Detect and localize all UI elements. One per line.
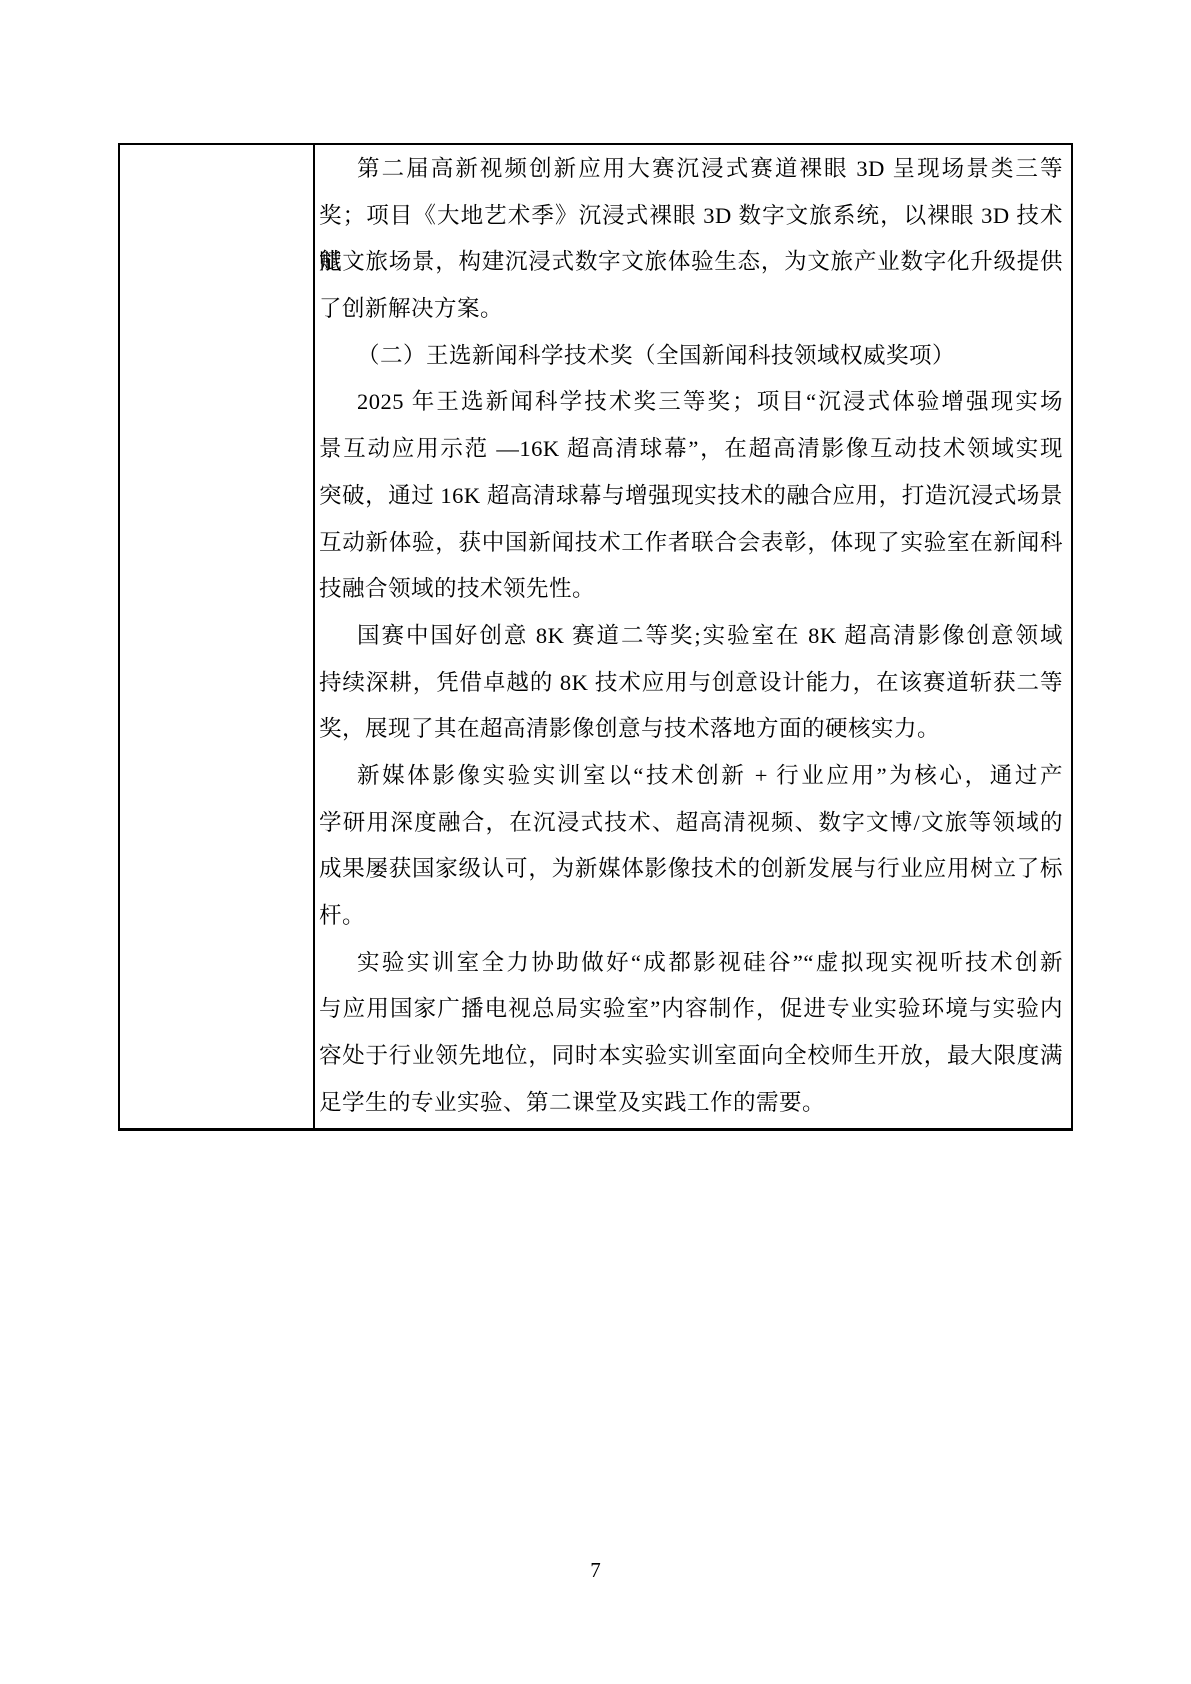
text-line: 景互动应用示范 —16K 超高清球幕”，在超高清影像互动技术领域实现 [319, 426, 1063, 473]
text-line: 奖；项目《大地艺术季》沉浸式裸眼 3D 数字文旅系统，以裸眼 3D 技术赋 [319, 193, 1063, 240]
text-line: 持续深耕，凭借卓越的 8K 技术应用与创意设计能力，在该赛道斩获二等 [319, 660, 1063, 707]
document-page: 第二届高新视频创新应用大赛沉浸式赛道裸眼 3D 呈现场景类三等奖；项目《大地艺术… [0, 0, 1191, 1684]
text-line: 容处于行业领先地位，同时本实验实训室面向全校师生开放，最大限度满 [319, 1033, 1063, 1080]
text-line: 技融合领域的技术领先性。 [319, 566, 1063, 613]
text-line: 新媒体影像实验实训室以“技术创新 + 行业应用”为核心，通过产 [319, 753, 1063, 800]
table-label-cell [120, 145, 315, 1128]
text-line: 能文旅场景，构建沉浸式数字文旅体验生态，为文旅产业数字化升级提供 [319, 239, 1063, 286]
text-line: 杆。 [319, 893, 1063, 940]
text-line: 互动新体验，获中国新闻技术工作者联合会表彰，体现了实验室在新闻科 [319, 520, 1063, 567]
text-line: 2025 年王选新闻科学技术奖三等奖；项目“沉浸式体验增强现实场 [319, 379, 1063, 426]
text-line: 学研用深度融合，在沉浸式技术、超高清视频、数字文博/文旅等领域的 [319, 800, 1063, 847]
text-line: 实验实训室全力协助做好“成都影视硅谷”“虚拟现实视听技术创新 [319, 940, 1063, 987]
text-line: 与应用国家广播电视总局实验室”内容制作，促进专业实验环境与实验内 [319, 986, 1063, 1033]
text-line: 成果屡获国家级认可，为新媒体影像技术的创新发展与行业应用树立了标 [319, 846, 1063, 893]
table-content-cell: 第二届高新视频创新应用大赛沉浸式赛道裸眼 3D 呈现场景类三等奖；项目《大地艺术… [315, 145, 1071, 1128]
content-table: 第二届高新视频创新应用大赛沉浸式赛道裸眼 3D 呈现场景类三等奖；项目《大地艺术… [118, 143, 1073, 1131]
text-line: 突破，通过 16K 超高清球幕与增强现实技术的融合应用，打造沉浸式场景 [319, 473, 1063, 520]
cell-paragraphs: 第二届高新视频创新应用大赛沉浸式赛道裸眼 3D 呈现场景类三等奖；项目《大地艺术… [319, 146, 1063, 1126]
text-line: 第二届高新视频创新应用大赛沉浸式赛道裸眼 3D 呈现场景类三等 [319, 146, 1063, 193]
text-line: （二）王选新闻科学技术奖（全国新闻科技领域权威奖项） [319, 333, 1063, 380]
page-number: 7 [0, 1558, 1191, 1583]
text-line: 足学生的专业实验、第二课堂及实践工作的需要。 [319, 1080, 1063, 1127]
text-line: 国赛中国好创意 8K 赛道二等奖;实验室在 8K 超高清影像创意领域 [319, 613, 1063, 660]
text-line: 奖，展现了其在超高清影像创意与技术落地方面的硬核实力。 [319, 706, 1063, 753]
text-line: 了创新解决方案。 [319, 286, 1063, 333]
